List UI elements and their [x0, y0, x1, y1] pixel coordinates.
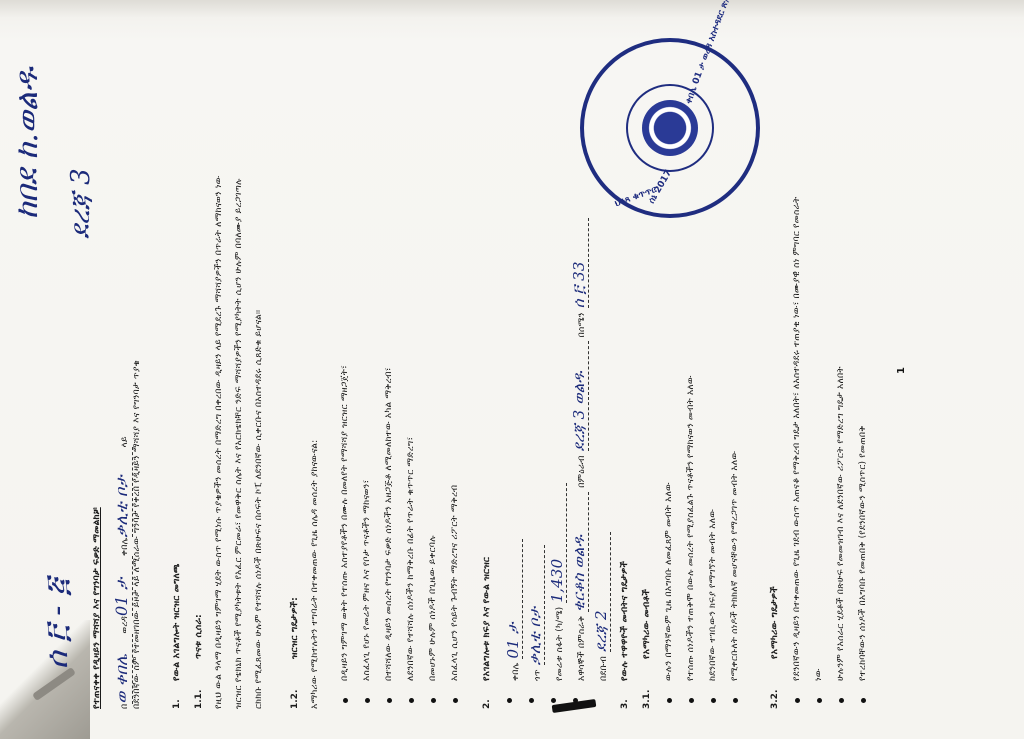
form-field-row: ቀበሌ01 ታ: [504, 539, 523, 681]
form-field-row: አዋሳኞች በምስራቅቂርቆስ ወልዱበምዕራብደረጃ 3 ወልዱበሰሜንሰ ፫…: [570, 218, 589, 681]
field-value: 1,430: [548, 559, 566, 603]
page-number: 1: [896, 367, 907, 374]
section-3-2-number: 3.2.: [770, 690, 780, 709]
field-label: በደቡብ: [599, 656, 609, 681]
bullet-icon: [529, 698, 534, 703]
list-item: በተሻሻለው ዲዛይን መሰረት የግንባታ ፍቃድ ሰነዶችን አዘጋጅቶ ለ…: [384, 367, 394, 681]
section-1-2-title: ዝርዝር ግዴታዎች:: [290, 597, 300, 659]
bullet-icon: [711, 698, 716, 703]
section-1-title: የውል አገልግሎት ዝርዝር መግለጫ: [172, 564, 182, 681]
section-1-1-body-2: ዝርዝር የቴክኒክ ጥናቶች የሚያካትቱት የአፈር ምርመራ፣ የመዋቅር…: [234, 178, 244, 709]
list-item: ከደንበኛው ተገቢውን ክፍያ የማግኘት መብት አለው: [708, 509, 718, 681]
section-1-number: 1.: [172, 699, 182, 709]
list-item: አስፈላጊ ሲሆን የሳይት ጉብኝት ማድረግና ሪፖርት ማቅረብ: [450, 485, 460, 681]
bullet-icon: [343, 698, 348, 703]
list-item: ለደንበኛው የተሻሻሉ ሰነዶችን ከማቅረቡ በፊት የጥራት ቁጥጥር ማ…: [406, 437, 416, 681]
list-item: ነው: [814, 668, 824, 681]
stamp-emblem-ring: [626, 84, 714, 172]
section-1-2-body: አማካሪው የሚከተሉትን ተግባራት በተቀመጠው የጊዜ ሰሌዳ መሰረት …: [310, 440, 320, 709]
list-item: በዲዛይን ግምገማ ወቅት የተሰጡ አስተያየቶችን በሙሉ በመለየት የ…: [340, 365, 350, 681]
bullet-icon: [365, 698, 370, 703]
list-item: በመሆኑም ሁሉም ሰነዶች በጊዜው ይቀርባሉ: [428, 535, 438, 681]
bullet-icon: [409, 698, 414, 703]
field-value: ደረጃ 3 ወልዱ: [570, 371, 588, 451]
bullet-icon: [551, 698, 556, 703]
bullet-icon: [733, 698, 738, 703]
form-field-row: በደቡብደረጃ 2: [592, 532, 611, 681]
bullet-icon: [507, 698, 512, 703]
intro-fill-2: 01 ታ: [112, 578, 131, 616]
list-item: የሚቀርቡለት ሰነዶች ትክክለኛ መሆናቸውን የማረጋገጥ መብት አለው: [730, 451, 740, 681]
field-value: 01 ታ: [504, 623, 522, 659]
field-label: ጎጥ: [533, 669, 543, 681]
bullet-icon: [453, 698, 458, 703]
field-value: ቃሊቲ ቦታ: [526, 607, 544, 665]
list-item: የተረከባቸውን ሰነዶች በአግባቡ የመጠበቅ (የደንበኛውን ሚስጥር)…: [858, 426, 868, 682]
list-item: የደንበኛውን ዲዛይን በተቀመጠው የጊዜ ገደብ ውስጥ አጠናቆ የማቅ…: [792, 197, 802, 681]
list-item: አስፈላጊ የሆኑ የመሬት ምዘና እና የቦታ ጥናቶችን ማከናወን፣: [362, 480, 372, 681]
document-title: የተጠናቀቀ የዲዛይን ማሻሻያ እና የግንባታ ፍቃድ ማመልከቻ: [92, 507, 102, 709]
bullet-icon: [431, 698, 436, 703]
list-item: የተሰጡ ሰነዶችን ተጠቅሞ በውሉ መሰረት የሚያስፈልጉ ጥናቶችን የ…: [686, 375, 696, 681]
section-1-1-body-3: ርክክቡ የሚፈጸመው ሁሉም የተሻሻሉ ሰነዶች በጽሁፍና በሶፍት ኮፒ…: [254, 310, 264, 709]
bullet-icon: [839, 698, 844, 703]
section-3-title: የውሉ ተዋዋዮች መብትና ግዴታዎች: [620, 561, 630, 681]
intro-fill-3: ቃሊቲ ቦታ: [112, 475, 131, 537]
section-3-2-title: የአማካሪው ግዴታዎች: [770, 586, 780, 659]
list-item: ውሉን በማንኛውም ጊዜ በአግባቡ ለመፈጸም መብት አለው: [664, 482, 674, 681]
intro-line-2: በደንበኛው ስም የተመዘገበው ይዞታ ላይ ለሚሰራው ግንባታ የቀረበ…: [132, 360, 142, 709]
bullet-icon: [387, 698, 392, 703]
handwritten-code: ደረጃ 3: [66, 168, 97, 239]
form-field-row: ጎጥቃሊቲ ቦታ: [526, 545, 545, 681]
field-value: ቂርቆስ ወልዱ: [570, 535, 588, 612]
section-1-1-title: ጥናቱ ሲሰራ:: [194, 614, 204, 659]
section-1-1-body-1: የዚህ ውል ዓላማ በዲዛይን ግምገማ ሂደት ውስጥ የሚነሱ ጥያቄዎች…: [214, 175, 224, 709]
intro-fill-1: ወ ቀበሌ: [112, 654, 131, 704]
intro-line-1: በወ ቀበሌወረዳ01 ታቀበሌቃሊቲ ቦታላይ: [112, 436, 133, 709]
list-item: ሁሉንም የአሰራር ሂደቶች በጽሁፍ የመመዝገብ እና ለደንበኛው ሪፖ…: [836, 366, 846, 681]
bullet-icon: [689, 698, 694, 703]
handwritten-ref: ሰ ፫ - ፭: [40, 579, 75, 669]
section-3-1-title: የአማካሪው መብቶች: [642, 589, 652, 659]
section-3-number: 3.: [620, 699, 630, 709]
field-label: የመሬቱ ስፋት (ካ/ሜ): [555, 607, 565, 681]
rotated-document: ከበደ ከ.ወልዱ ደረጃ 3 ሰ ፫ - ፭ የተጠናቀቀ የዲዛይን ማሻሻ…: [0, 0, 1024, 739]
field-label: አዋሳኞች በምስራቅ: [577, 616, 587, 681]
bullet-icon: [795, 698, 800, 703]
section-3-1-number: 3.1.: [642, 690, 652, 709]
handwritten-name: ከበደ ከ.ወልዱ: [10, 67, 45, 219]
stamp-emblem-icon: [642, 100, 698, 156]
field-value: ደረጃ 2: [592, 610, 610, 652]
form-field-row: የመሬቱ ስፋት (ካ/ሜ)1,430: [548, 483, 567, 681]
bullet-icon: [667, 698, 672, 703]
field-label: በሰሜን: [577, 312, 587, 337]
bullet-icon: [573, 698, 578, 703]
field-label: በምዕራብ: [577, 455, 587, 487]
section-2-title: የአገልግሎቱ ክፍያ እና የውል ዝርዝር: [482, 557, 492, 681]
field-label: ቀበሌ: [511, 663, 521, 681]
section-2-number: 2.: [482, 699, 492, 709]
bullet-icon: [817, 698, 822, 703]
section-1-2-number: 1.2.: [290, 690, 300, 709]
bullet-icon: [861, 698, 866, 703]
section-1-1-number: 1.1.: [194, 690, 204, 709]
field-value: ሰ ፫ 33: [570, 261, 588, 308]
official-stamp: ህንጻ ቁጥጥር ቀበሌ 01 ታ ወረዳ አስተዳደር ጽ/ቤት ሰኔ 201…: [580, 38, 760, 218]
